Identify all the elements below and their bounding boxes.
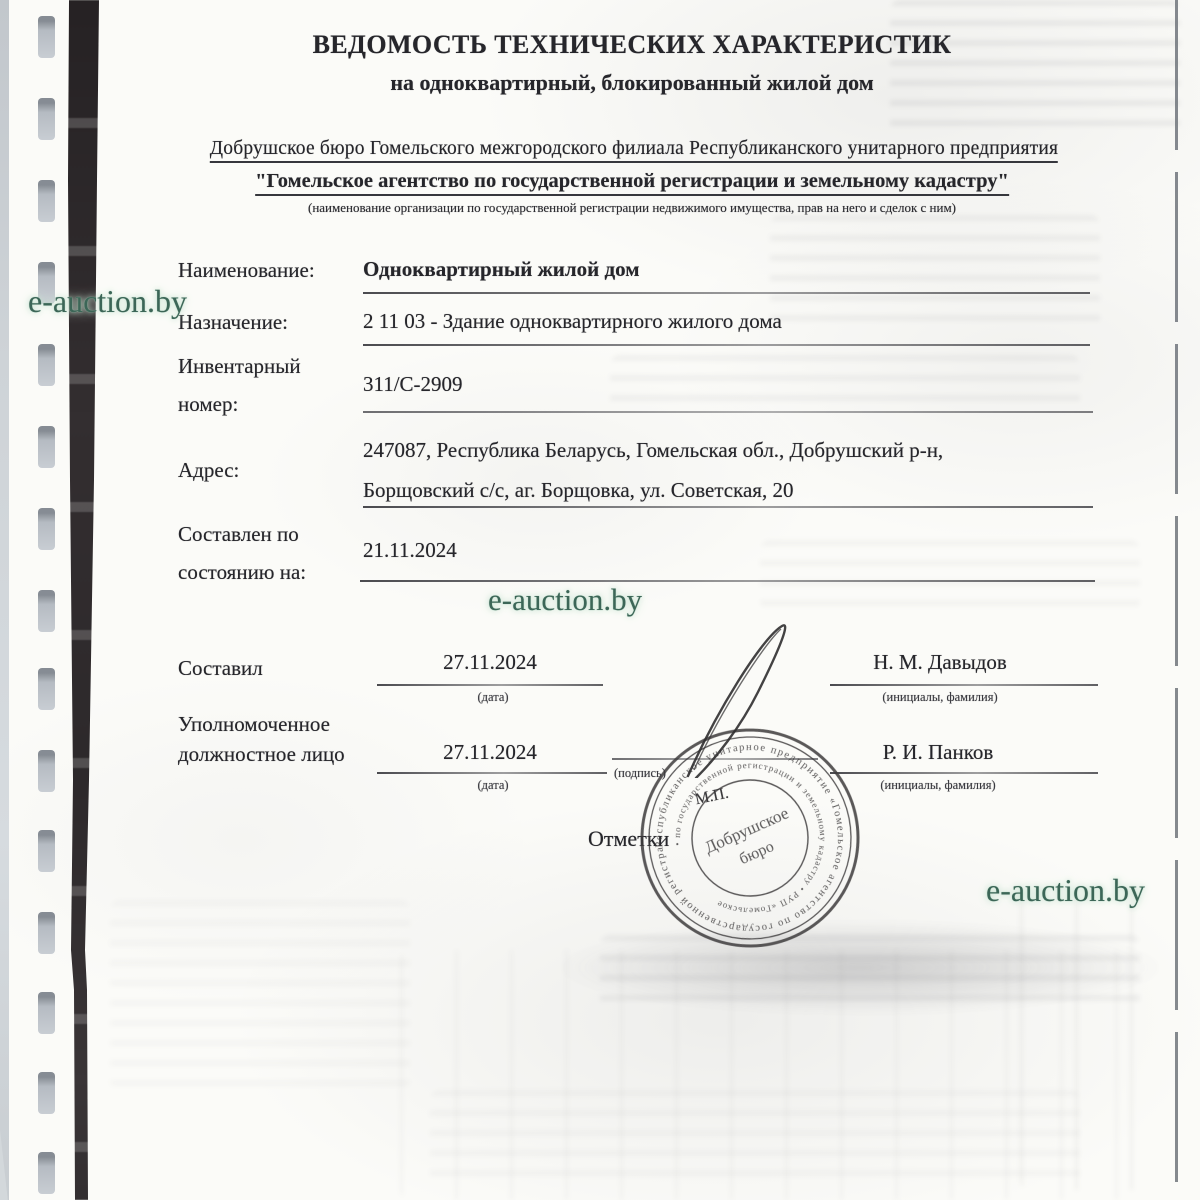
stamp-center-text: Добрушское бюро — [702, 803, 802, 879]
binding-shadow-stripe — [60, 0, 104, 1200]
field-address-label: Адрес: — [178, 458, 239, 483]
perforation-hole — [38, 98, 55, 140]
field-address-value-line2: Борщовский с/с, аг. Борщовка, ул. Советс… — [363, 478, 793, 503]
watermark-center: e-auction.by — [488, 582, 642, 618]
field-inventory-underline — [363, 411, 1093, 413]
sig-row2-date-caption: (дата) — [477, 778, 508, 793]
field-asof-label-line2: состоянию на: — [178, 560, 306, 585]
field-name-underline — [363, 292, 1090, 294]
organization-caption: (наименование организации по государстве… — [308, 200, 956, 216]
field-inventory-label-line2: номер: — [178, 392, 238, 417]
sig-row1-name: Н. М. Давыдов — [873, 650, 1007, 675]
field-name-label: Наименование: — [178, 258, 315, 283]
perforation-hole — [38, 1152, 55, 1194]
sig-row2-label-line1: Уполномоченное — [178, 712, 330, 737]
field-purpose-underline — [363, 344, 1090, 346]
organization-line2: "Гомельское агентство по государственной… — [255, 170, 1009, 193]
field-asof-label-line1: Составлен по — [178, 522, 299, 547]
perforation-hole — [38, 912, 55, 954]
scan-right-edge — [1175, 0, 1178, 1190]
bleedthrough-smudge — [1020, 890, 1170, 1190]
field-asof-value: 21.11.2024 — [363, 538, 457, 563]
svg-text:бюро: бюро — [737, 838, 777, 868]
perforation-hole — [38, 750, 55, 792]
perforation-hole — [38, 830, 55, 872]
perforation-hole — [38, 16, 55, 58]
sig-row2-date: 27.11.2024 — [443, 740, 537, 765]
perforation-hole — [38, 508, 55, 550]
perforation-hole — [38, 1072, 55, 1114]
bleedthrough-smudge — [400, 950, 1140, 1200]
field-asof-underline — [360, 580, 1095, 582]
perforation-hole — [38, 426, 55, 468]
perforation-hole — [38, 992, 55, 1034]
bleedthrough-smudge — [760, 540, 1140, 610]
bleedthrough-smudge — [110, 900, 410, 1090]
field-inventory-value: 311/С-2909 — [363, 372, 463, 397]
field-address-value-line1: 247087, Республика Беларусь, Гомельская … — [363, 438, 943, 463]
sig-row2-label-line2: должностное лицо — [178, 742, 345, 767]
sig-row1-date-caption: (дата) — [477, 690, 508, 705]
perforation-strip — [0, 0, 60, 1200]
field-purpose-label: Назначение: — [178, 310, 288, 335]
perforation-hole — [38, 590, 55, 632]
sig-row1-date-underline — [377, 684, 603, 686]
sig-row1-label: Составил — [178, 656, 263, 681]
watermark-right: e-auction.by — [986, 872, 1145, 909]
sig-row1-name-caption: (инициалы, фамилия) — [882, 690, 997, 705]
bleedthrough-smudge — [430, 1090, 1080, 1190]
document-subtitle: на одноквартирный, блокированный жилой д… — [390, 70, 873, 96]
handwritten-signature — [680, 620, 810, 778]
bleedthrough-smudge — [890, 0, 1180, 140]
perforation-hole — [38, 668, 55, 710]
perforation-hole — [38, 344, 55, 386]
watermark-left: e-auction.by — [28, 283, 187, 320]
sig-row1-date: 27.11.2024 — [443, 650, 537, 675]
field-name-value: Одноквартирный жилой дом — [363, 257, 640, 282]
bleedthrough-smudge — [770, 215, 1100, 335]
organization-line1: Добрушское бюро Гомельского межгородског… — [210, 138, 1058, 160]
sig-row1-name-underline — [830, 684, 1098, 686]
field-address-underline — [363, 506, 1093, 508]
bleedthrough-smudge — [610, 355, 1080, 415]
sig-row2-name-caption: (инициалы, фамилия) — [880, 778, 995, 793]
document-page: ВЕДОМОСТЬ ТЕХНИЧЕСКИХ ХАРАКТЕРИСТИК на о… — [0, 0, 1200, 1200]
field-purpose-value: 2 11 03 - Здание одноквартирного жилого … — [363, 309, 782, 334]
sig-row2-date-underline — [377, 772, 607, 774]
field-inventory-label-line1: Инвентарный — [178, 354, 301, 379]
document-title: ВЕДОМОСТЬ ТЕХНИЧЕСКИХ ХАРАКТЕРИСТИК — [313, 30, 952, 60]
sig-row2-name-underline — [830, 772, 1098, 774]
perforation-hole — [38, 180, 55, 222]
sig-row2-name: Р. И. Панков — [883, 740, 994, 765]
